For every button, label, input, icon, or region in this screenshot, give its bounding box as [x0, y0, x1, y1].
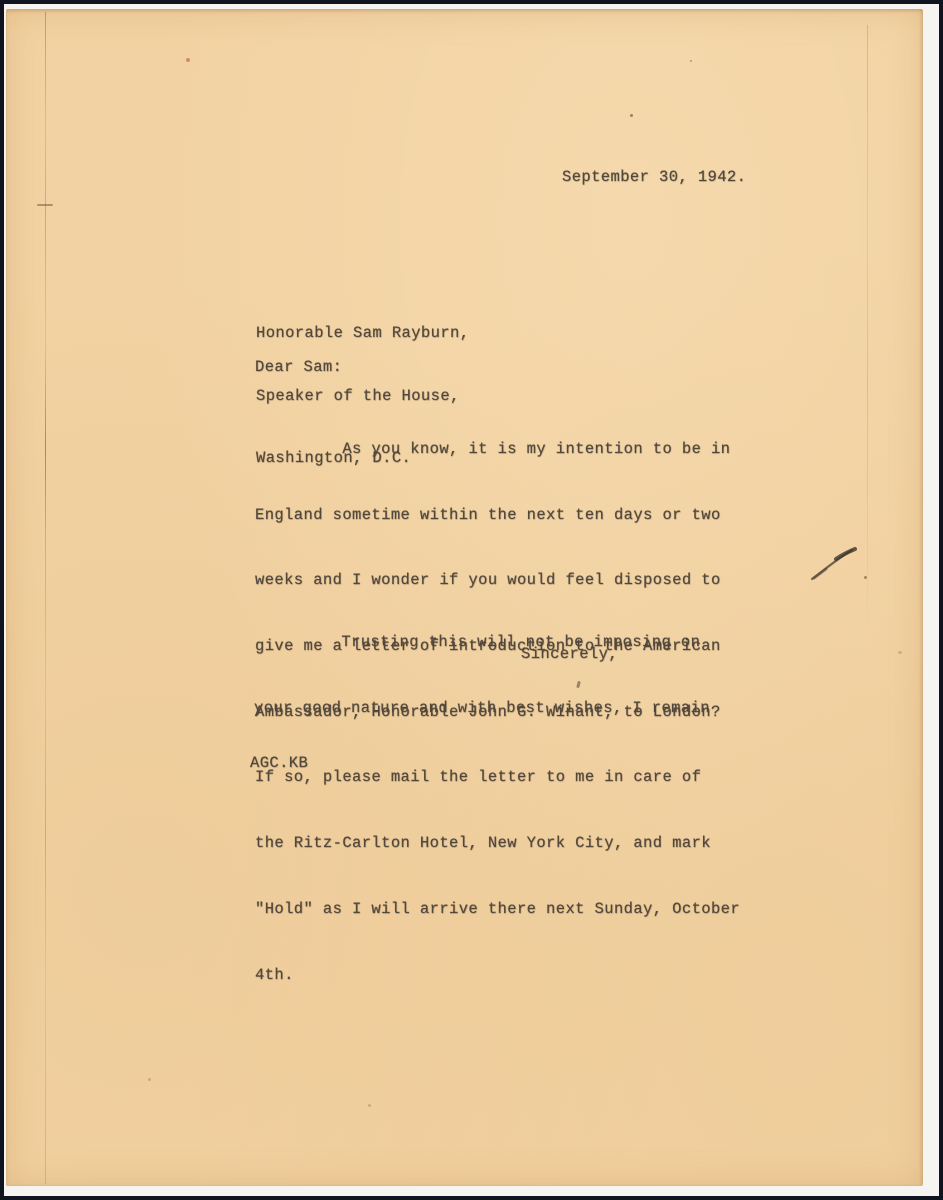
body-paragraph-2: Trusting this will not be imposing on yo… [254, 588, 710, 763]
paper-speck [864, 576, 867, 579]
typed-line: Trusting this will not be imposing on [254, 632, 710, 654]
letter-date: September 30, 1942. [562, 167, 746, 189]
paper-fold-crease-right [867, 25, 868, 625]
paper-speck [898, 651, 902, 654]
typed-line: England sometime within the next ten day… [255, 505, 740, 527]
paper-speck [186, 58, 190, 62]
crease-tick-mark [37, 204, 53, 206]
paper-speck [690, 60, 692, 62]
paper-fold-crease-left [45, 12, 46, 1184]
scanned-letter-page: September 30, 1942. Honorable Sam Raybur… [0, 0, 943, 1200]
pencil-smudge-mark [808, 541, 862, 585]
closing-salutation: Sincerely, [521, 644, 618, 666]
typed-line: the Ritz-Carlton Hotel, New York City, a… [255, 833, 740, 855]
paper-speck [368, 1104, 371, 1107]
paper-speck [148, 1078, 151, 1081]
paper-speck [630, 114, 633, 117]
salutation: Dear Sam: [255, 357, 342, 379]
typed-line: As you know, it is my intention to be in [255, 439, 740, 461]
typed-line: If so, please mail the letter to me in c… [255, 767, 740, 789]
typed-line: 4th. [255, 965, 740, 987]
typed-line: your good nature and with best wishes, I… [254, 698, 710, 720]
reference-initials: AGC.KB [250, 753, 308, 775]
recipient-name: Honorable Sam Rayburn, [256, 323, 469, 344]
typed-line: "Hold" as I will arrive there next Sunda… [255, 899, 740, 921]
